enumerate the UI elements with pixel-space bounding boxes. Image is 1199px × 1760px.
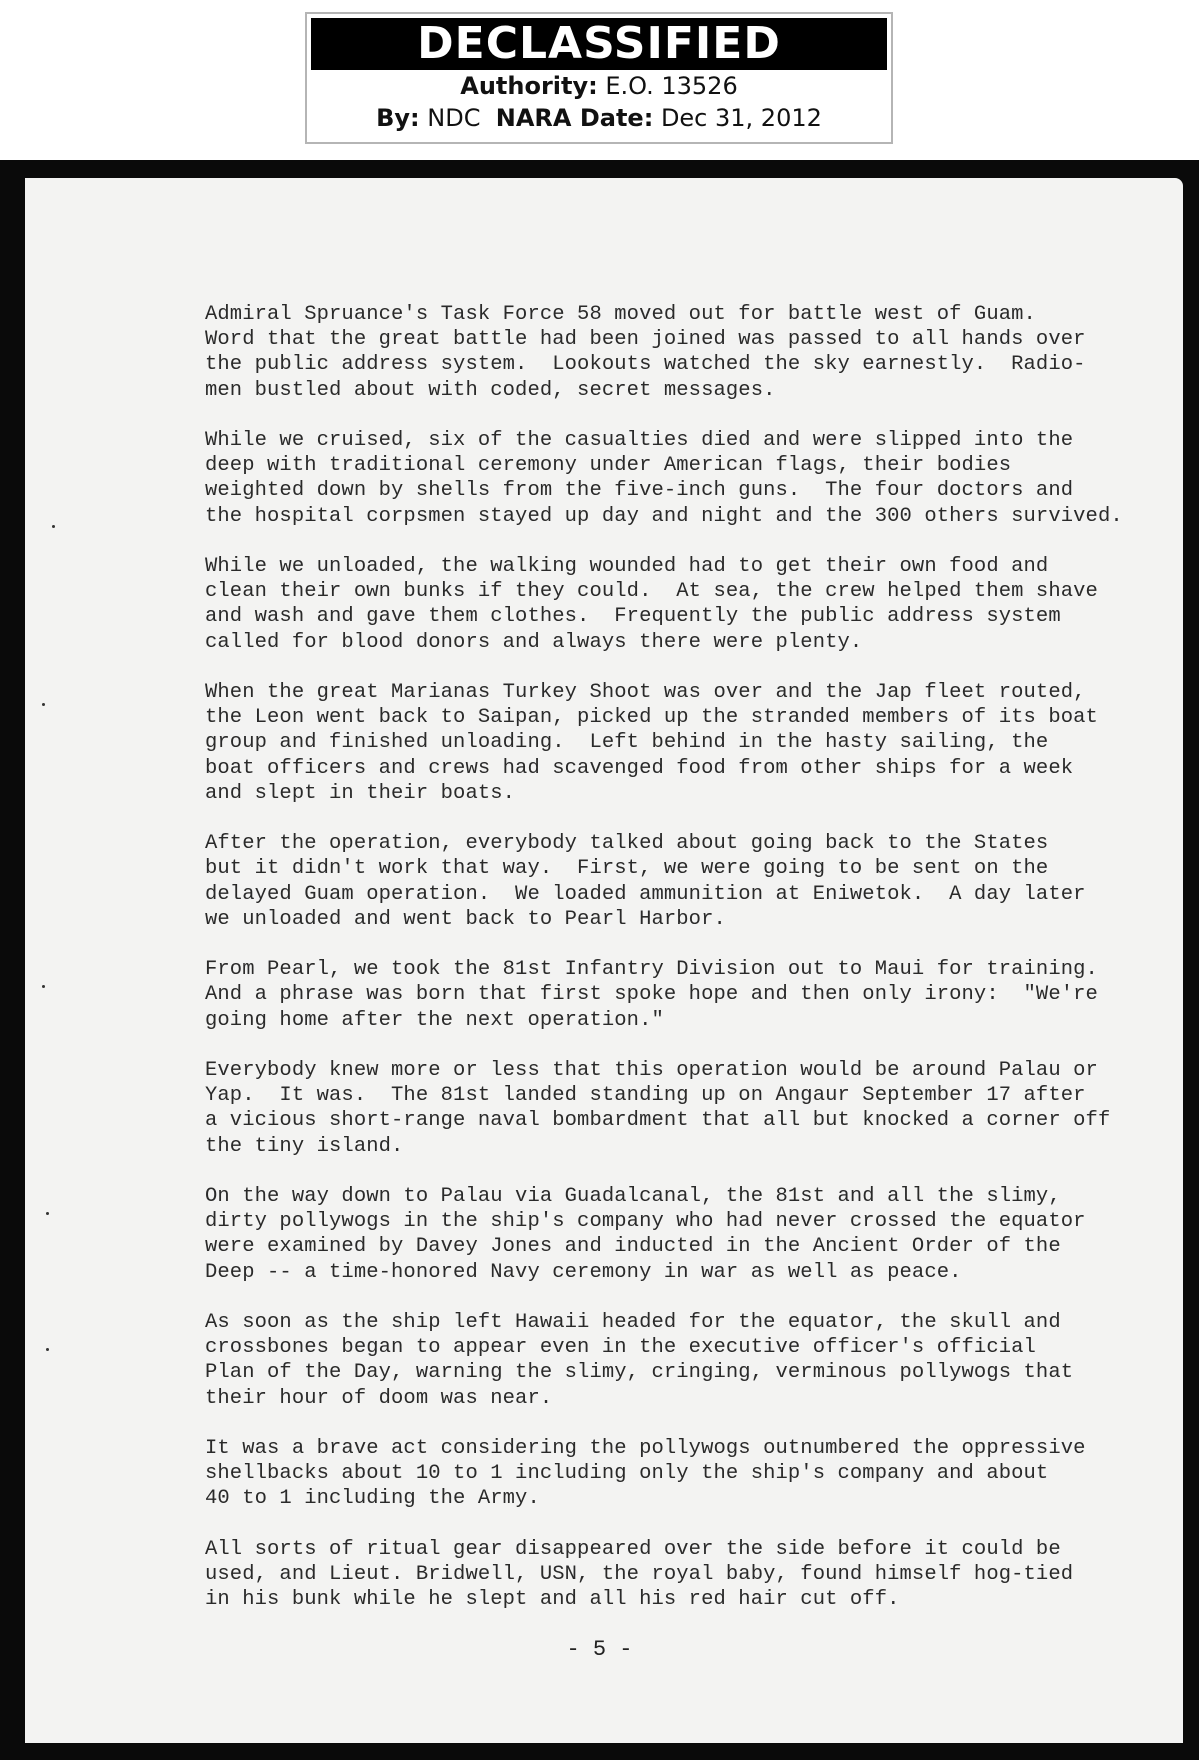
text-line: their hour of doom was near. [205,1386,1135,1411]
paragraph: On the way down to Palau via Guadalcanal… [205,1184,1135,1285]
text-line: the Leon went back to Saipan, picked up … [205,705,1135,730]
page-number: - 5 - [0,1637,1199,1662]
text-line: dirty pollywogs in the ship's company wh… [205,1209,1135,1234]
text-line: men bustled about with coded, secret mes… [205,378,1135,403]
text-line: the hospital corpsmen stayed up day and … [205,504,1135,529]
text-line: deep with traditional ceremony under Ame… [205,453,1135,478]
text-line: It was a brave act considering the polly… [205,1436,1135,1461]
paragraph: When the great Marianas Turkey Shoot was… [205,680,1135,806]
text-line: the tiny island. [205,1134,1135,1159]
text-line: clean their own bunks if they could. At … [205,579,1135,604]
text-line: boat officers and crews had scavenged fo… [205,756,1135,781]
stamp-by-value: NDC [427,104,480,132]
paragraph: Admiral Spruance's Task Force 58 moved o… [205,302,1135,403]
declassified-stamp: DECLASSIFIED Authority: E.O. 13526 By: N… [305,12,893,144]
margin-mark [42,703,45,706]
margin-mark [42,985,45,988]
margin-mark [52,525,55,528]
text-line: a vicious short-range naval bombardment … [205,1108,1135,1133]
text-line: called for blood donors and always there… [205,630,1135,655]
text-line: and wash and gave them clothes. Frequent… [205,604,1135,629]
text-line: we unloaded and went back to Pearl Harbo… [205,907,1135,932]
stamp-date-label: NARA Date: [496,104,654,132]
text-line: but it didn't work that way. First, we w… [205,856,1135,881]
stamp-authority-label: Authority: [460,72,597,100]
text-line: As soon as the ship left Hawaii headed f… [205,1310,1135,1335]
text-line: the public address system. Lookouts watc… [205,352,1135,377]
stamp-title: DECLASSIFIED [311,18,887,70]
text-line: Everybody knew more or less that this op… [205,1058,1135,1083]
paragraph: All sorts of ritual gear disappeared ove… [205,1537,1135,1613]
text-line: shellbacks about 10 to 1 including only … [205,1461,1135,1486]
text-line: Plan of the Day, warning the slimy, crin… [205,1360,1135,1385]
paragraph: Everybody knew more or less that this op… [205,1058,1135,1159]
text-line: crossbones began to appear even in the e… [205,1335,1135,1360]
paragraph: From Pearl, we took the 81st Infantry Di… [205,957,1135,1033]
paragraph: While we unloaded, the walking wounded h… [205,554,1135,655]
text-line: After the operation, everybody talked ab… [205,831,1135,856]
text-line: On the way down to Palau via Guadalcanal… [205,1184,1135,1209]
text-line: going home after the next operation." [205,1008,1135,1033]
text-line: Deep -- a time-honored Navy ceremony in … [205,1260,1135,1285]
paragraph: While we cruised, six of the casualties … [205,428,1135,529]
text-line: were examined by Davey Jones and inducte… [205,1234,1135,1259]
margin-mark [46,1212,49,1215]
paragraph: It was a brave act considering the polly… [205,1436,1135,1512]
text-line: weighted down by shells from the five-in… [205,478,1135,503]
stamp-authority-value: E.O. 13526 [605,72,737,100]
text-line: Admiral Spruance's Task Force 58 moved o… [205,302,1135,327]
text-line: And a phrase was born that first spoke h… [205,982,1135,1007]
text-line: and slept in their boats. [205,781,1135,806]
text-line: used, and Lieut. Bridwell, USN, the roya… [205,1562,1135,1587]
stamp-authority: Authority: E.O. 13526 [307,70,891,102]
text-line: in his bunk while he slept and all his r… [205,1587,1135,1612]
stamp-by-label: By: [376,104,420,132]
document-body: Admiral Spruance's Task Force 58 moved o… [205,302,1135,1638]
text-line: From Pearl, we took the 81st Infantry Di… [205,957,1135,982]
margin-mark [46,1348,49,1351]
stamp-date-value: Dec 31, 2012 [661,104,822,132]
text-line: Yap. It was. The 81st landed standing up… [205,1083,1135,1108]
paragraph: After the operation, everybody talked ab… [205,831,1135,932]
text-line: 40 to 1 including the Army. [205,1486,1135,1511]
paragraph: As soon as the ship left Hawaii headed f… [205,1310,1135,1411]
text-line: All sorts of ritual gear disappeared ove… [205,1537,1135,1562]
text-line: delayed Guam operation. We loaded ammuni… [205,882,1135,907]
text-line: Word that the great battle had been join… [205,327,1135,352]
stamp-by-date: By: NDC NARA Date: Dec 31, 2012 [307,102,891,134]
text-line: While we unloaded, the walking wounded h… [205,554,1135,579]
text-line: When the great Marianas Turkey Shoot was… [205,680,1135,705]
text-line: group and finished unloading. Left behin… [205,730,1135,755]
text-line: While we cruised, six of the casualties … [205,428,1135,453]
